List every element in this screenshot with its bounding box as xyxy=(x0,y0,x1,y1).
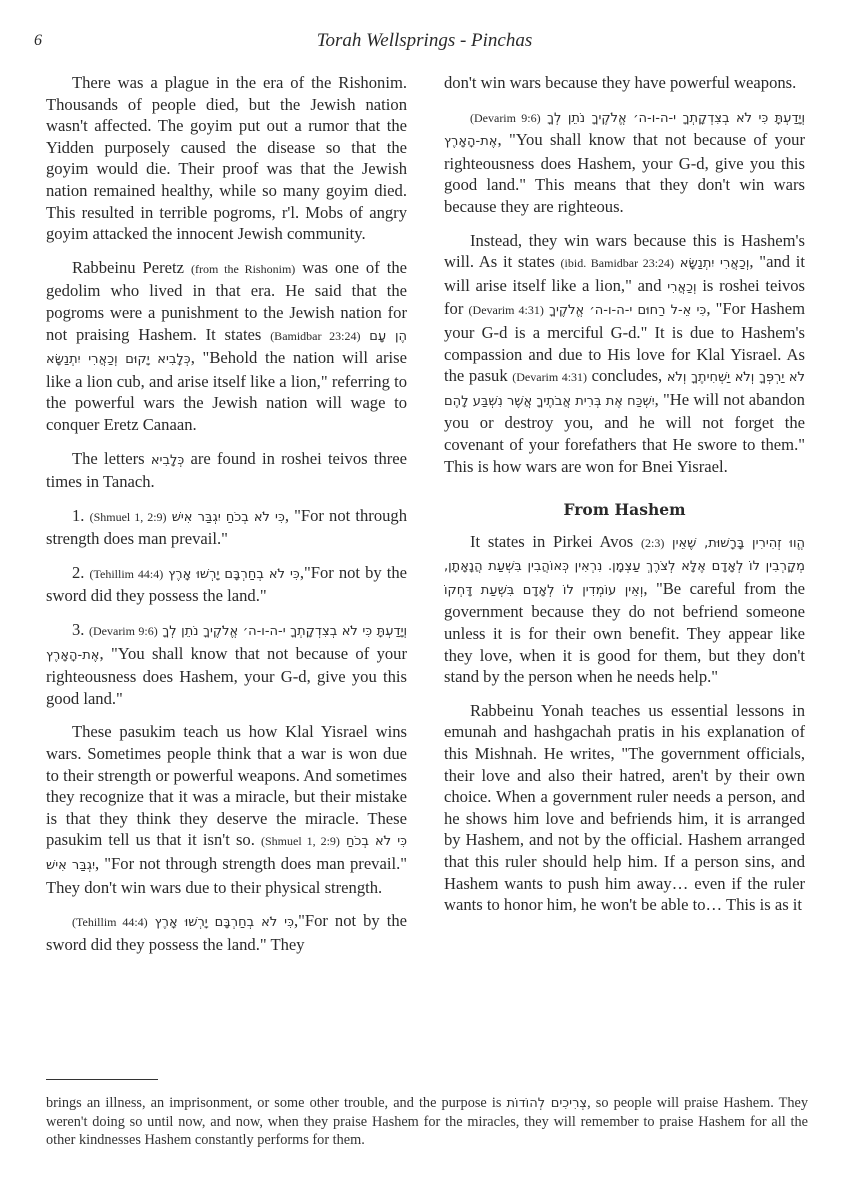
paragraph-tehillim: (Tehillim 44:4) כִּי לֹא בְחַרְבָּם יָרְ… xyxy=(46,910,407,955)
source-citation: (2:3) xyxy=(641,536,664,550)
left-column: There was a plague in the era of the Ris… xyxy=(46,72,407,967)
hebrew-word: כְּלָבִיא xyxy=(151,453,184,468)
source-citation: (Tehillim 44:4) xyxy=(90,567,164,581)
hebrew-quote: כִּי לֹא בְכֹחַ יִגְבַּר אִישׁ xyxy=(172,510,285,525)
source-citation: (Devarim 9:6) xyxy=(470,111,541,125)
source-citation: (Devarim 4:31) xyxy=(469,303,544,317)
paragraph-hashem-will: Instead, they win wars because this is H… xyxy=(444,230,805,478)
page-header: 6 Torah Wellsprings - Pinchas xyxy=(0,30,849,54)
source-citation: (ibid. Bamidbar 23:24) xyxy=(561,256,675,270)
hebrew-quote: וְכַאֲרִי יִתְנַשָּׂא xyxy=(680,256,750,271)
paragraph-rabbeinu-yonah: Rabbeinu Yonah teaches us essential less… xyxy=(444,700,805,916)
right-column: don't win wars because they have powerfu… xyxy=(444,72,805,928)
paragraph-pirkei-avos: It states in Pirkei Avos (2:3) הֱווּ זְה… xyxy=(444,531,805,688)
paragraph-plague: There was a plague in the era of the Ris… xyxy=(46,72,407,245)
source-citation: (Tehillim 44:4) xyxy=(72,915,148,929)
list-item-3: 3. (Devarim 9:6) וְיָדַעְתָּ כִּי לֹא בְ… xyxy=(46,619,407,709)
source-citation: (Bamidbar 23:24) xyxy=(270,329,360,343)
source-citation: (Devarim 9:6) xyxy=(89,624,158,638)
footnote-divider xyxy=(46,1079,158,1080)
paragraph-continuation: don't win wars because they have powerfu… xyxy=(444,72,805,94)
hebrew-quote: כִּי אֵ-ל רַחוּם י-ה-ו-ה׳ אֱלֹקֶיךָ xyxy=(549,303,706,318)
source-citation: (from the Rishonim) xyxy=(191,262,295,276)
hebrew-word: וְכַאֲרִי xyxy=(667,280,696,295)
running-title: Torah Wellsprings - Pinchas xyxy=(0,30,849,52)
list-item-1: 1. (Shmuel 1, 2:9) כִּי לֹא בְכֹחַ יִגְב… xyxy=(46,505,407,550)
source-citation: (Devarim 4:31) xyxy=(512,370,587,384)
paragraph-pasukim: These pasukim teach us how Klal Yisrael … xyxy=(46,721,407,898)
hebrew-word: צְרִיכִים לְהוֹדוֹת xyxy=(507,1096,588,1111)
paragraph-letters: The letters כְּלָבִיא are found in roshe… xyxy=(46,448,407,493)
list-item-2: 2. (Tehillim 44:4) כִּי לֹא בְחַרְבָּם י… xyxy=(46,562,407,607)
source-citation: (Shmuel 1, 2:9) xyxy=(261,834,340,848)
section-heading: From Hashem xyxy=(444,499,805,521)
paragraph-rabbeinu-peretz: Rabbeinu Peretz (from the Rishonim) was … xyxy=(46,257,407,436)
source-citation: (Shmuel 1, 2:9) xyxy=(90,510,167,524)
hebrew-quote: כִּי לֹא בְחַרְבָּם יָרְשׁוּ אָרֶץ xyxy=(168,567,300,582)
hebrew-quote: כִּי לֹא בְחַרְבָּם יָרְשׁוּ אָרֶץ xyxy=(155,915,294,930)
paragraph-devarim: (Devarim 9:6) וְיָדַעְתָּ כִּי לֹא בְצִד… xyxy=(444,106,805,218)
footnote: brings an illness, an imprisonment, or s… xyxy=(46,1094,808,1149)
